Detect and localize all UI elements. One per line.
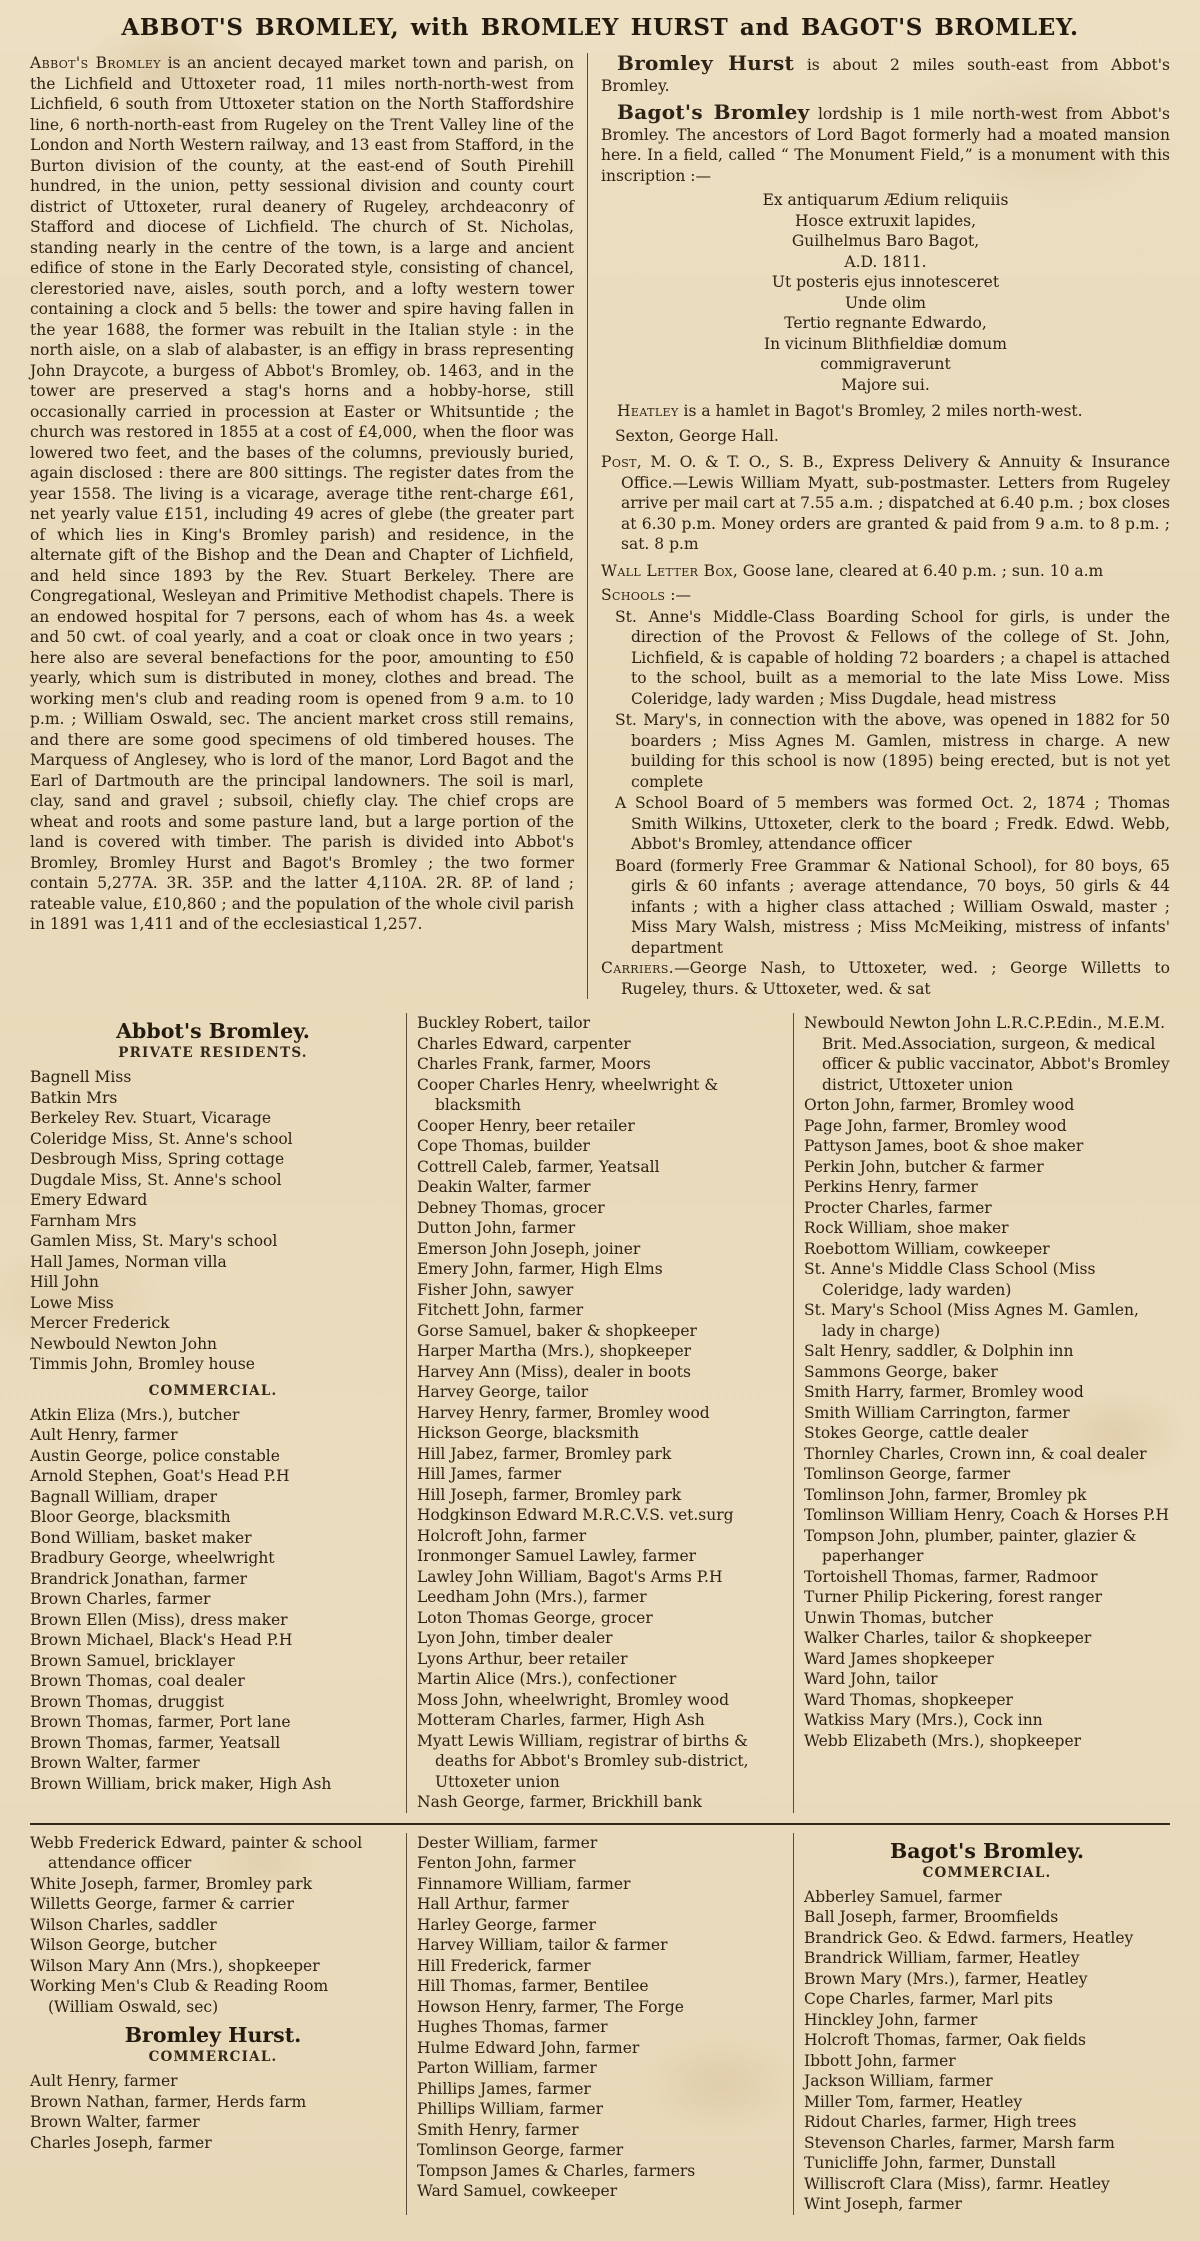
wall-letter-box-paragraph: Wall Letter Box, Goose lane, cleared at … bbox=[601, 561, 1170, 582]
directory-entry: Hughes Thomas, farmer bbox=[417, 2017, 783, 2038]
directory-entry: Brandrick William, farmer, Heatley bbox=[804, 1948, 1170, 1969]
intro-left-column: Abbot's Bromley is an ancient decayed ma… bbox=[30, 53, 588, 999]
directory-entry: Ward James shopkeeper bbox=[804, 1649, 1170, 1670]
directory-entry: Gorse Samuel, baker & shopkeeper bbox=[417, 1321, 783, 1342]
inscription-line: Unde olim bbox=[601, 293, 1170, 314]
directory-entry: Ridout Charles, farmer, High trees bbox=[804, 2112, 1170, 2133]
inscription-line: Guilhelmus Baro Bagot, bbox=[601, 231, 1170, 252]
directory-entry: Ward Samuel, cowkeeper bbox=[417, 2181, 783, 2202]
directory-entry: Nash George, farmer, Brickhill bank bbox=[417, 1792, 783, 1813]
directory-entry: Pattyson James, boot & shoe maker bbox=[804, 1136, 1170, 1157]
abbots-bromley-description: Abbot's Bromley is an ancient decayed ma… bbox=[30, 53, 574, 935]
inscription-line: Ut posteris ejus innotesceret bbox=[601, 272, 1170, 293]
directory-entry: Smith William Carrington, farmer bbox=[804, 1403, 1170, 1424]
directory-entry: Brown Thomas, farmer, Port lane bbox=[30, 1712, 396, 1733]
directory-column-3: Newbould Newton John L.R.C.P.Edin., M.E.… bbox=[793, 1013, 1170, 1813]
bromley-hurst-heading: Bromley Hurst. bbox=[30, 2023, 396, 2047]
directory-entry: Holcroft John, farmer bbox=[417, 1526, 783, 1547]
page-title: ABBOT'S BROMLEY, with BROMLEY HURST and … bbox=[30, 14, 1170, 41]
private-residents-list: Bagnell MissBatkin MrsBerkeley Rev. Stua… bbox=[30, 1067, 396, 1375]
directory-entry: Harvey Ann (Miss), dealer in boots bbox=[417, 1362, 783, 1383]
directory-entry: Brown Samuel, bricklayer bbox=[30, 1651, 396, 1672]
directory-column-1: Abbot's Bromley. PRIVATE RESIDENTS. Bagn… bbox=[30, 1013, 406, 1813]
directory-entry: Harvey George, tailor bbox=[417, 1382, 783, 1403]
bagots-commercial-label: COMMERCIAL. bbox=[804, 1865, 1170, 1881]
directory-section-lower: Webb Frederick Edward, painter & school … bbox=[30, 1833, 1170, 2215]
directory-entry: Hodgkinson Edward M.R.C.V.S. vet.surg bbox=[417, 1505, 783, 1526]
directory-entry: Wint Joseph, farmer bbox=[804, 2194, 1170, 2215]
directory-entry: Hill Frederick, farmer bbox=[417, 1956, 783, 1977]
directory-entry: Working Men's Club & Reading Room (Willi… bbox=[30, 1976, 396, 2017]
directory-entry: Ironmonger Samuel Lawley, farmer bbox=[417, 1546, 783, 1567]
directory-entry: Abberley Samuel, farmer bbox=[804, 1887, 1170, 1908]
directory-entry: Jackson William, farmer bbox=[804, 2071, 1170, 2092]
directory-entry: Harvey William, tailor & farmer bbox=[417, 1935, 783, 1956]
directory-entry: Cooper Charles Henry, wheelwright & blac… bbox=[417, 1075, 783, 1116]
inscription-line: Majore sui. bbox=[601, 375, 1170, 396]
directory-entry: Atkin Eliza (Mrs.), butcher bbox=[30, 1405, 396, 1426]
directory-entry: Unwin Thomas, butcher bbox=[804, 1608, 1170, 1629]
directory-column-6: Bagot's Bromley. COMMERCIAL. Abberley Sa… bbox=[793, 1833, 1170, 2215]
directory-entry: Orton John, farmer, Bromley wood bbox=[804, 1095, 1170, 1116]
post-office-lead: Post bbox=[601, 453, 637, 471]
directory-entry: Webb Elizabeth (Mrs.), shopkeeper bbox=[804, 1731, 1170, 1752]
directory-entry: Moss John, wheelwright, Bromley wood bbox=[417, 1690, 783, 1711]
directory-listings: Abbot's Bromley. PRIVATE RESIDENTS. Bagn… bbox=[30, 1013, 1170, 2215]
directory-entry: Lawley John William, Bagot's Arms P.H bbox=[417, 1567, 783, 1588]
intro-right-column: Bromley Hurst is about 2 miles south-eas… bbox=[588, 53, 1170, 999]
school-paragraph: St. Anne's Middle-Class Boarding School … bbox=[601, 607, 1170, 710]
directory-entry: Ward Thomas, shopkeeper bbox=[804, 1690, 1170, 1711]
directory-entry: St. Anne's Middle Class School (Miss Col… bbox=[804, 1259, 1170, 1300]
directory-entry: Batkin Mrs bbox=[30, 1088, 396, 1109]
abbots-bromley-text: is an ancient decayed market town and pa… bbox=[30, 54, 574, 933]
directory-entry: Williscroft Clara (Miss), farmr. Heatley bbox=[804, 2174, 1170, 2195]
heatley-paragraph: Heatley is a hamlet in Bagot's Bromley, … bbox=[601, 401, 1170, 422]
directory-entry: Brown Nathan, farmer, Herds farm bbox=[30, 2092, 396, 2113]
directory-entry: Bloor George, blacksmith bbox=[30, 1507, 396, 1528]
directory-entry: Holcroft Thomas, farmer, Oak fields bbox=[804, 2030, 1170, 2051]
directory-page-scan: ABBOT'S BROMLEY, with BROMLEY HURST and … bbox=[0, 0, 1200, 2241]
directory-entry: Stevenson Charles, farmer, Marsh farm bbox=[804, 2133, 1170, 2154]
directory-entry: Hinckley John, farmer bbox=[804, 2010, 1170, 2031]
directory-entry: Arnold Stephen, Goat's Head P.H bbox=[30, 1466, 396, 1487]
inscription-line: Hosce extruxit lapides, bbox=[601, 211, 1170, 232]
private-residents-label: PRIVATE RESIDENTS. bbox=[30, 1045, 396, 1061]
directory-entry: Cope Charles, farmer, Marl pits bbox=[804, 1989, 1170, 2010]
heatley-lead: Heatley bbox=[617, 402, 679, 420]
schools-heading: Schools :— bbox=[601, 585, 1170, 606]
directory-entry: Emery John, farmer, High Elms bbox=[417, 1259, 783, 1280]
directory-entry: Hall Arthur, farmer bbox=[417, 1894, 783, 1915]
directory-entry: Emerson John Joseph, joiner bbox=[417, 1239, 783, 1260]
directory-entry: Hill Joseph, farmer, Bromley park bbox=[417, 1485, 783, 1506]
directory-entry: Dugdale Miss, St. Anne's school bbox=[30, 1170, 396, 1191]
heatley-text: is a hamlet in Bagot's Bromley, 2 miles … bbox=[679, 402, 1083, 420]
directory-entry: Webb Frederick Edward, painter & school … bbox=[30, 1833, 396, 1874]
directory-entry: Brandrick Geo. & Edwd. farmers, Heatley bbox=[804, 1928, 1170, 1949]
directory-entry: Hill James, farmer bbox=[417, 1464, 783, 1485]
carriers-text: —George Nash, to Uttoxeter, wed. ; Georg… bbox=[621, 959, 1170, 998]
directory-entry: Ward John, tailor bbox=[804, 1669, 1170, 1690]
directory-entry: Perkins Henry, farmer bbox=[804, 1177, 1170, 1198]
directory-entry: Newbould Newton John L.R.C.P.Edin., M.E.… bbox=[804, 1013, 1170, 1095]
directory-entry: Timmis John, Bromley house bbox=[30, 1354, 396, 1375]
directory-entry: Brown Mary (Mrs.), farmer, Heatley bbox=[804, 1969, 1170, 1990]
spacer bbox=[30, 1375, 396, 1381]
directory-entry: Cottrell Caleb, farmer, Yeatsall bbox=[417, 1157, 783, 1178]
directory-entry: Brown Walter, farmer bbox=[30, 1753, 396, 1774]
directory-entry: Harley George, farmer bbox=[417, 1915, 783, 1936]
intro-section: Abbot's Bromley is an ancient decayed ma… bbox=[30, 53, 1170, 999]
directory-entry: Newbould Newton John bbox=[30, 1334, 396, 1355]
post-office-text: , M. O. & T. O., S. B., Express Delivery… bbox=[621, 453, 1170, 553]
directory-entry: Lowe Miss bbox=[30, 1293, 396, 1314]
directory-entry: Charles Joseph, farmer bbox=[30, 2133, 396, 2154]
directory-entry: Stokes George, cattle dealer bbox=[804, 1423, 1170, 1444]
directory-entry: Berkeley Rev. Stuart, Vicarage bbox=[30, 1108, 396, 1129]
directory-entry: Smith Harry, farmer, Bromley wood bbox=[804, 1382, 1170, 1403]
directory-entry: Tompson James & Charles, farmers bbox=[417, 2161, 783, 2182]
directory-entry: Phillips William, farmer bbox=[417, 2099, 783, 2120]
directory-entry: Hall James, Norman villa bbox=[30, 1252, 396, 1273]
directory-entry: St. Mary's School (Miss Agnes M. Gamlen,… bbox=[804, 1300, 1170, 1341]
directory-entry: Bond William, basket maker bbox=[30, 1528, 396, 1549]
directory-entry: Tomlinson George, farmer bbox=[417, 2140, 783, 2161]
directory-entry: Lyon John, timber dealer bbox=[417, 1628, 783, 1649]
directory-entry: Bradbury George, wheelwright bbox=[30, 1548, 396, 1569]
directory-entry: Turner Philip Pickering, forest ranger bbox=[804, 1587, 1170, 1608]
carriers-lead: Carriers. bbox=[601, 959, 674, 977]
bagots-bromley-paragraph: Bagot's Bromley lordship is 1 mile north… bbox=[601, 102, 1170, 186]
directory-entry: Tortoishell Thomas, farmer, Radmoor bbox=[804, 1567, 1170, 1588]
directory-entry: Hill Jabez, farmer, Bromley park bbox=[417, 1444, 783, 1465]
bromley-hurst-list-col2: Dester William, farmerFenton John, farme… bbox=[417, 1833, 783, 2202]
carriers-paragraph: Carriers.—George Nash, to Uttoxeter, wed… bbox=[601, 958, 1170, 999]
directory-entry: Tunicliffe John, farmer, Dunstall bbox=[804, 2153, 1170, 2174]
abbots-bromley-lead: Abbot's Bromley bbox=[30, 54, 161, 72]
bagots-bromley-heading: Bagot's Bromley. bbox=[804, 1839, 1170, 1863]
directory-column-5: Dester William, farmerFenton John, farme… bbox=[406, 1833, 793, 2215]
directory-entry: Bagnall William, draper bbox=[30, 1487, 396, 1508]
directory-entry: Harvey Henry, farmer, Bromley wood bbox=[417, 1403, 783, 1424]
directory-entry: Roebottom William, cowkeeper bbox=[804, 1239, 1170, 1260]
directory-entry: Miller Tom, farmer, Heatley bbox=[804, 2092, 1170, 2113]
directory-entry: Brown William, brick maker, High Ash bbox=[30, 1774, 396, 1795]
directory-entry: Howson Henry, farmer, The Forge bbox=[417, 1997, 783, 2018]
directory-entry: Phillips James, farmer bbox=[417, 2079, 783, 2100]
section-divider-rule bbox=[30, 1823, 1170, 1825]
directory-entry: Harper Martha (Mrs.), shopkeeper bbox=[417, 1341, 783, 1362]
directory-entry: Cope Thomas, builder bbox=[417, 1136, 783, 1157]
commercial-list-col2: Buckley Robert, tailorCharles Edward, ca… bbox=[417, 1013, 783, 1813]
directory-entry: Deakin Walter, farmer bbox=[417, 1177, 783, 1198]
directory-entry: Tomlinson George, farmer bbox=[804, 1464, 1170, 1485]
abbots-bromley-heading: Abbot's Bromley. bbox=[30, 1019, 396, 1043]
commercial-list-col1: Atkin Eliza (Mrs.), butcherAult Henry, f… bbox=[30, 1405, 396, 1795]
directory-entry: Leedham John (Mrs.), farmer bbox=[417, 1587, 783, 1608]
directory-entry: Brown Ellen (Miss), dress maker bbox=[30, 1610, 396, 1631]
directory-entry: Willetts George, farmer & carrier bbox=[30, 1894, 396, 1915]
inscription-line: Ex antiquarum Ædium reliquiis bbox=[601, 190, 1170, 211]
directory-column-4: Webb Frederick Edward, painter & school … bbox=[30, 1833, 406, 2215]
directory-entry: Lyons Arthur, beer retailer bbox=[417, 1649, 783, 1670]
schools-list: St. Anne's Middle-Class Boarding School … bbox=[601, 607, 1170, 959]
directory-entry: Wilson Charles, saddler bbox=[30, 1915, 396, 1936]
directory-entry: Emery Edward bbox=[30, 1190, 396, 1211]
directory-entry: Fisher John, sawyer bbox=[417, 1280, 783, 1301]
directory-entry: Brown Thomas, coal dealer bbox=[30, 1671, 396, 1692]
directory-entry: Thornley Charles, Crown inn, & coal deal… bbox=[804, 1444, 1170, 1465]
directory-entry: Myatt Lewis William, registrar of births… bbox=[417, 1731, 783, 1793]
directory-entry: Sammons George, baker bbox=[804, 1362, 1170, 1383]
directory-entry: Salt Henry, saddler, & Dolphin inn bbox=[804, 1341, 1170, 1362]
directory-entry: Motteram Charles, farmer, High Ash bbox=[417, 1710, 783, 1731]
directory-entry: Bagnell Miss bbox=[30, 1067, 396, 1088]
directory-entry: Walker Charles, tailor & shopkeeper bbox=[804, 1628, 1170, 1649]
directory-entry: Dester William, farmer bbox=[417, 1833, 783, 1854]
bromley-hurst-list-col1: Ault Henry, farmerBrown Nathan, farmer, … bbox=[30, 2071, 396, 2153]
directory-entry: Wilson George, butcher bbox=[30, 1935, 396, 1956]
directory-entry: White Joseph, farmer, Bromley park bbox=[30, 1874, 396, 1895]
directory-entry: Ault Henry, farmer bbox=[30, 2071, 396, 2092]
commercial-list-col4: Webb Frederick Edward, painter & school … bbox=[30, 1833, 396, 2018]
post-office-paragraph: Post, M. O. & T. O., S. B., Express Deli… bbox=[601, 452, 1170, 555]
commercial-label: COMMERCIAL. bbox=[30, 1383, 396, 1399]
schools-heading-text: :— bbox=[665, 586, 691, 604]
directory-entry: Ault Henry, farmer bbox=[30, 1425, 396, 1446]
directory-entry: Brown Walter, farmer bbox=[30, 2112, 396, 2133]
directory-entry: Hickson George, blacksmith bbox=[417, 1423, 783, 1444]
directory-section-upper: Abbot's Bromley. PRIVATE RESIDENTS. Bagn… bbox=[30, 1013, 1170, 1813]
directory-entry: Watkiss Mary (Mrs.), Cock inn bbox=[804, 1710, 1170, 1731]
wall-letter-box-text: , Goose lane, cleared at 6.40 p.m. ; sun… bbox=[733, 562, 1103, 580]
directory-entry: Smith Henry, farmer bbox=[417, 2120, 783, 2141]
commercial-list-col3: Newbould Newton John L.R.C.P.Edin., M.E.… bbox=[804, 1013, 1170, 1751]
schools-heading-lead: Schools bbox=[601, 586, 665, 604]
directory-entry: Mercer Frederick bbox=[30, 1313, 396, 1334]
directory-entry: Tompson John, plumber, painter, glazier … bbox=[804, 1526, 1170, 1567]
directory-entry: Desbrough Miss, Spring cottage bbox=[30, 1149, 396, 1170]
directory-entry: Austin George, police constable bbox=[30, 1446, 396, 1467]
directory-entry: Hulme Edward John, farmer bbox=[417, 2038, 783, 2059]
directory-entry: Procter Charles, farmer bbox=[804, 1198, 1170, 1219]
directory-entry: Tomlinson William Henry, Coach & Horses … bbox=[804, 1505, 1170, 1526]
directory-entry: Brown Thomas, druggist bbox=[30, 1692, 396, 1713]
directory-entry: Parton William, farmer bbox=[417, 2058, 783, 2079]
directory-entry: Fitchett John, farmer bbox=[417, 1300, 783, 1321]
bromley-hurst-commercial-label: COMMERCIAL. bbox=[30, 2049, 396, 2065]
sexton-line: Sexton, George Hall. bbox=[601, 426, 1170, 447]
directory-entry: Hill Thomas, farmer, Bentilee bbox=[417, 1976, 783, 1997]
school-paragraph: St. Mary's, in connection with the above… bbox=[601, 710, 1170, 792]
directory-entry: Brown Michael, Black's Head P.H bbox=[30, 1630, 396, 1651]
directory-entry: Hill John bbox=[30, 1272, 396, 1293]
directory-entry: Dutton John, farmer bbox=[417, 1218, 783, 1239]
directory-column-2: Buckley Robert, tailorCharles Edward, ca… bbox=[406, 1013, 793, 1813]
bagots-list: Abberley Samuel, farmerBall Joseph, farm… bbox=[804, 1887, 1170, 2215]
inscription-line: Tertio regnante Edwardo, bbox=[601, 313, 1170, 334]
directory-entry: Martin Alice (Mrs.), confectioner bbox=[417, 1669, 783, 1690]
monument-inscription: Ex antiquarum Ædium reliquiisHosce extru… bbox=[601, 190, 1170, 395]
directory-entry: Coleridge Miss, St. Anne's school bbox=[30, 1129, 396, 1150]
bromley-hurst-paragraph: Bromley Hurst is about 2 miles south-eas… bbox=[601, 53, 1170, 96]
inscription-line: commigraverunt bbox=[601, 354, 1170, 375]
directory-entry: Fenton John, farmer bbox=[417, 1853, 783, 1874]
directory-entry: Cooper Henry, beer retailer bbox=[417, 1116, 783, 1137]
school-paragraph: Board (formerly Free Grammar & National … bbox=[601, 856, 1170, 959]
directory-entry: Page John, farmer, Bromley wood bbox=[804, 1116, 1170, 1137]
directory-entry: Buckley Robert, tailor bbox=[417, 1013, 783, 1034]
directory-entry: Loton Thomas George, grocer bbox=[417, 1608, 783, 1629]
directory-entry: Farnham Mrs bbox=[30, 1211, 396, 1232]
bromley-hurst-lead: Bromley Hurst bbox=[617, 51, 794, 75]
directory-entry: Ball Joseph, farmer, Broomfields bbox=[804, 1907, 1170, 1928]
directory-entry: Wilson Mary Ann (Mrs.), shopkeeper bbox=[30, 1956, 396, 1977]
bagots-bromley-lead: Bagot's Bromley bbox=[617, 100, 810, 124]
directory-entry: Tomlinson John, farmer, Bromley pk bbox=[804, 1485, 1170, 1506]
directory-entry: Ibbott John, farmer bbox=[804, 2051, 1170, 2072]
wall-letter-box-lead: Wall Letter Box bbox=[601, 562, 733, 580]
school-paragraph: A School Board of 5 members was formed O… bbox=[601, 793, 1170, 855]
directory-entry: Charles Edward, carpenter bbox=[417, 1034, 783, 1055]
directory-entry: Brown Thomas, farmer, Yeatsall bbox=[30, 1733, 396, 1754]
directory-entry: Gamlen Miss, St. Mary's school bbox=[30, 1231, 396, 1252]
directory-entry: Brown Charles, farmer bbox=[30, 1589, 396, 1610]
directory-entry: Charles Frank, farmer, Moors bbox=[417, 1054, 783, 1075]
directory-entry: Rock William, shoe maker bbox=[804, 1218, 1170, 1239]
directory-entry: Debney Thomas, grocer bbox=[417, 1198, 783, 1219]
inscription-line: In vicinum Blithfieldiæ domum bbox=[601, 334, 1170, 355]
directory-entry: Perkin John, butcher & farmer bbox=[804, 1157, 1170, 1178]
inscription-line: A.D. 1811. bbox=[601, 252, 1170, 273]
directory-entry: Brandrick Jonathan, farmer bbox=[30, 1569, 396, 1590]
directory-entry: Finnamore William, farmer bbox=[417, 1874, 783, 1895]
